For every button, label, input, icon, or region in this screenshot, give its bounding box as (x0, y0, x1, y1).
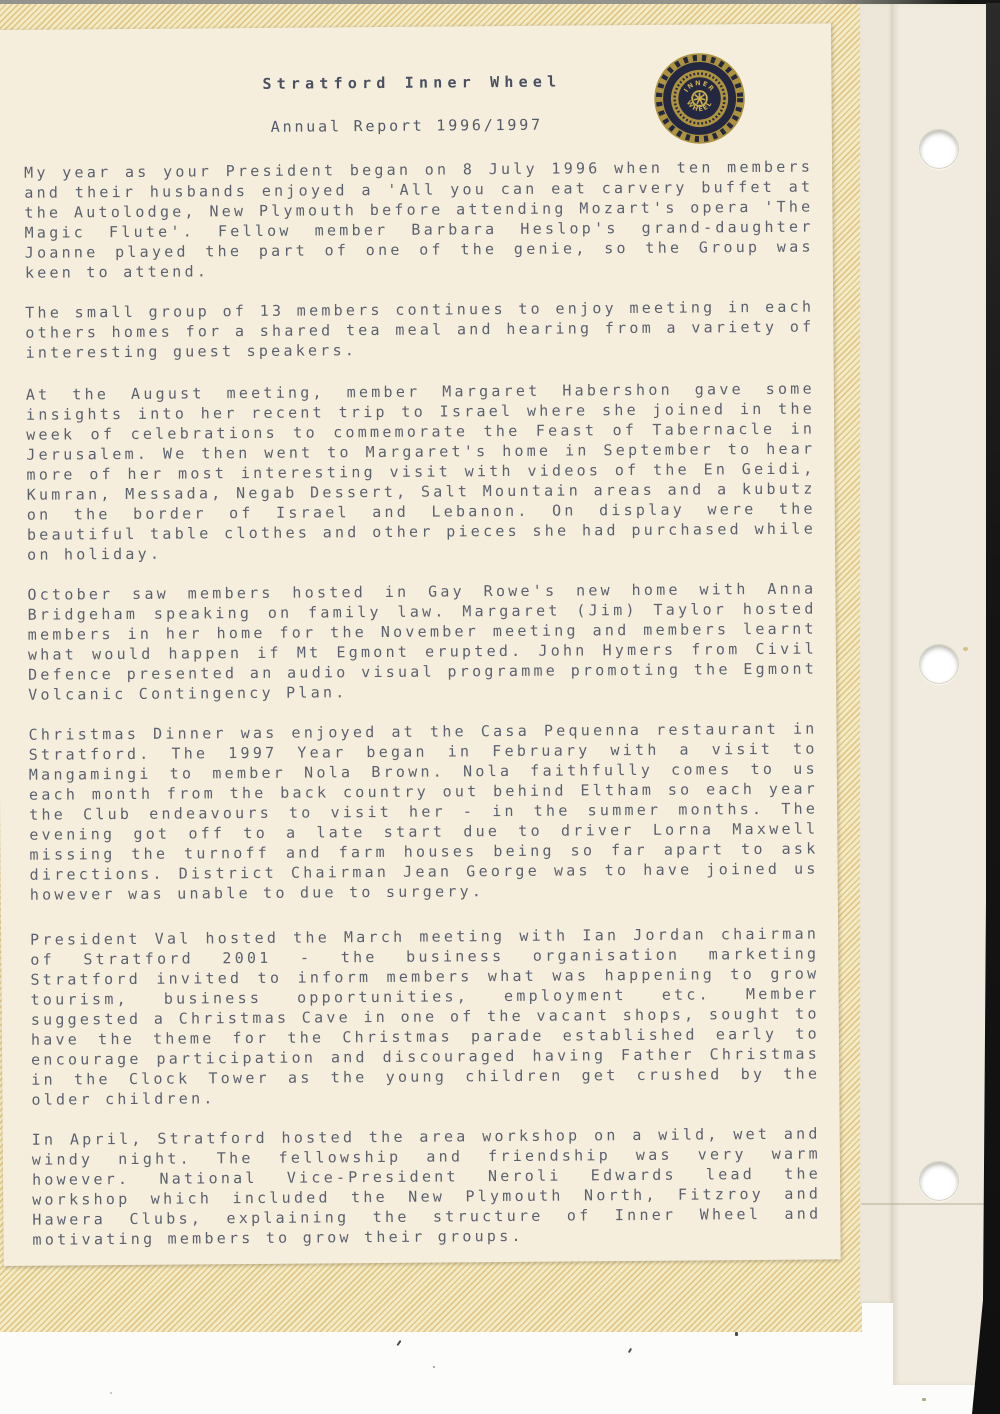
dust-speck (963, 647, 968, 651)
page-subtitle: Annual Report 1996/1997 (271, 116, 543, 136)
paragraph-7: In April, Stratford hosted the area work… (32, 1124, 822, 1250)
inner-wheel-logo-svg: INNER WHEEL (650, 50, 749, 147)
punch-hole (919, 129, 959, 169)
inner-wheel-logo-icon: INNER WHEEL (650, 50, 749, 147)
paragraph-3: At the August meeting, member Margaret H… (26, 379, 816, 565)
dust-speck (396, 1340, 401, 1346)
dust-speck (628, 1348, 632, 1353)
paper-crease (861, 1203, 987, 1205)
dust-speck (433, 1366, 435, 1368)
album-page-edge (860, 3, 893, 1303)
paragraph-4: October saw members hosted in Gay Rowe's… (27, 579, 817, 705)
punch-hole (919, 1161, 959, 1201)
paragraph-6: President Val hosted the March meeting w… (30, 924, 820, 1110)
paragraph-5: Christmas Dinner was enjoyed at the Casa… (28, 719, 818, 905)
paragraph-1: My year as your President began on 8 Jul… (24, 157, 814, 283)
dust-speck (735, 1332, 738, 1336)
binder-margin (893, 3, 987, 1385)
page-title: Stratford Inner Wheel (262, 73, 561, 93)
scan-top-edge (0, 0, 1000, 4)
dust-speck (110, 1392, 112, 1394)
report-paper: Stratford Inner Wheel Annual Report 1996… (0, 23, 841, 1266)
paragraph-2: The small group of 13 members continues … (25, 297, 814, 363)
dust-speck (922, 1398, 926, 1401)
punch-hole (919, 644, 959, 684)
scanned-document-page: Stratford Inner Wheel Annual Report 1996… (0, 0, 1000, 1414)
